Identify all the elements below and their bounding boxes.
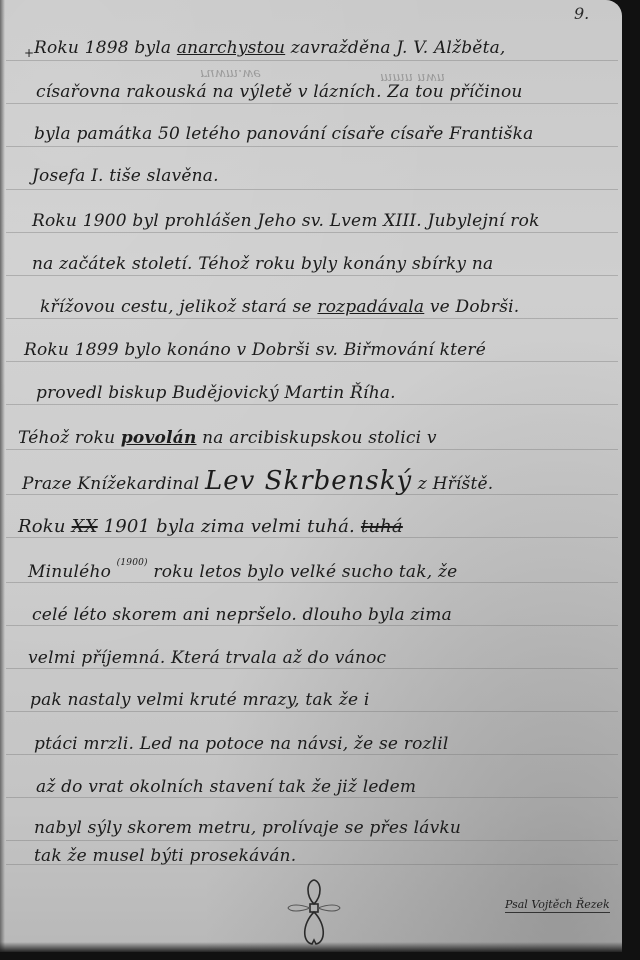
text-line-16: pak nastaly velmi kruté mrazy, tak že i [30,690,370,710]
ruled-line [6,840,618,841]
ruled-line [6,146,618,147]
text-line-1: Roku 1898 byla anarchystou zavražděna J.… [34,38,506,58]
page-number: 9. [574,4,589,23]
text-segment: zavražděna J. V. Alžběta, [285,38,505,58]
text-line-7: křížovou cestu, jelikož stará se rozpadá… [40,297,519,317]
text-segment: z Hříště. [412,474,493,494]
ruled-line [6,754,618,755]
text-segment: 1901 byla zima velmi tuhá. [98,516,361,537]
ruled-line [6,361,618,362]
text-segment: Téhož roku [18,428,121,448]
text-segment: křížovou cestu, jelikož stará se [40,297,317,317]
text-segment: Praze Knížekardinal [22,474,205,494]
paper-page: ruwm.we mmn nwn 9. + Roku 1898 byla anar… [0,0,622,952]
text-line-8: Roku 1899 bylo konáno v Dobrši sv. Biřmo… [24,340,486,360]
margin-mark: + [24,46,34,60]
text-line-6: na začátek století. Téhož roku byly koná… [32,254,493,274]
ruled-line [6,711,618,712]
struck-out-text: XX [72,516,98,537]
ruled-line [6,404,618,405]
text-line-2: císařovna rakouská na výletě v lázních. … [36,82,523,102]
ruled-line [6,449,618,450]
ruled-line [6,537,618,538]
scanned-page: ruwm.we mmn nwn 9. + Roku 1898 byla anar… [0,0,640,960]
inserted-year-annotation: (1900) [117,558,148,568]
struck-out-text: tuhá [361,516,403,537]
ruled-line [6,189,618,190]
ruled-line [6,625,618,626]
text-line-19: nabyl sýly skorem metru, prolívaje se př… [34,818,461,838]
cross-flourish-icon [284,876,344,948]
text-line-15: velmi příjemná. Která trvala až do vánoc [28,648,386,668]
page-bottom-shadow [0,942,622,952]
ruled-line [6,668,618,669]
text-line-20: tak že musel býti prosekáván. [34,846,296,866]
ruled-line [6,797,618,798]
text-line-3: byla památka 50 letého panování císaře c… [34,124,533,144]
text-line-4: Josefa I. tiše slavěna. [32,166,219,186]
text-line-14: celé léto skorem ani nepršelo. dlouho by… [32,605,452,625]
ruled-line [6,103,618,104]
ruled-line [6,582,618,583]
underlined-word: rozpadávala [317,297,424,317]
underlined-word: anarchystou [177,38,285,58]
text-line-10: Téhož roku povolán na arcibiskupskou sto… [18,428,437,448]
emphasized-name: Lev Skrbenský [205,466,412,496]
text-line-12: Roku XX 1901 byla zima velmi tuhá. tuhá [18,516,403,537]
author-signature: Psal Vojtěch Řezek [505,898,610,913]
ruled-line [6,318,618,319]
text-segment: ve Dobrši. [424,297,519,317]
text-segment: roku letos bylo velké sucho tak, že [148,562,458,582]
text-segment: Roku 1898 byla [34,38,177,58]
underlined-word: povolán [121,428,197,448]
ink-bleed-through: ruwm.we [200,66,261,81]
text-line-5: Roku 1900 byl prohlášen Jeho sv. Lvem XI… [32,211,540,231]
text-segment: na arcibiskupskou stolici v [197,428,437,448]
page-binding-edge [0,0,5,952]
text-line-18: až do vrat okolních stavení tak že již l… [36,777,416,797]
text-line-9: provedl biskup Budějovický Martin Říha. [36,383,396,403]
text-line-17: ptáci mrzli. Led na potoce na návsi, že … [34,734,449,754]
ruled-line [6,60,618,61]
text-segment: Minulého [28,562,117,582]
ruled-line [6,275,618,276]
ruled-line [6,232,618,233]
text-segment: Roku [18,516,72,537]
text-line-11: Praze Knížekardinal Lev Skrbenský z Hříš… [22,466,493,496]
text-line-13: Minulého (1900) roku letos bylo velké su… [28,562,457,582]
